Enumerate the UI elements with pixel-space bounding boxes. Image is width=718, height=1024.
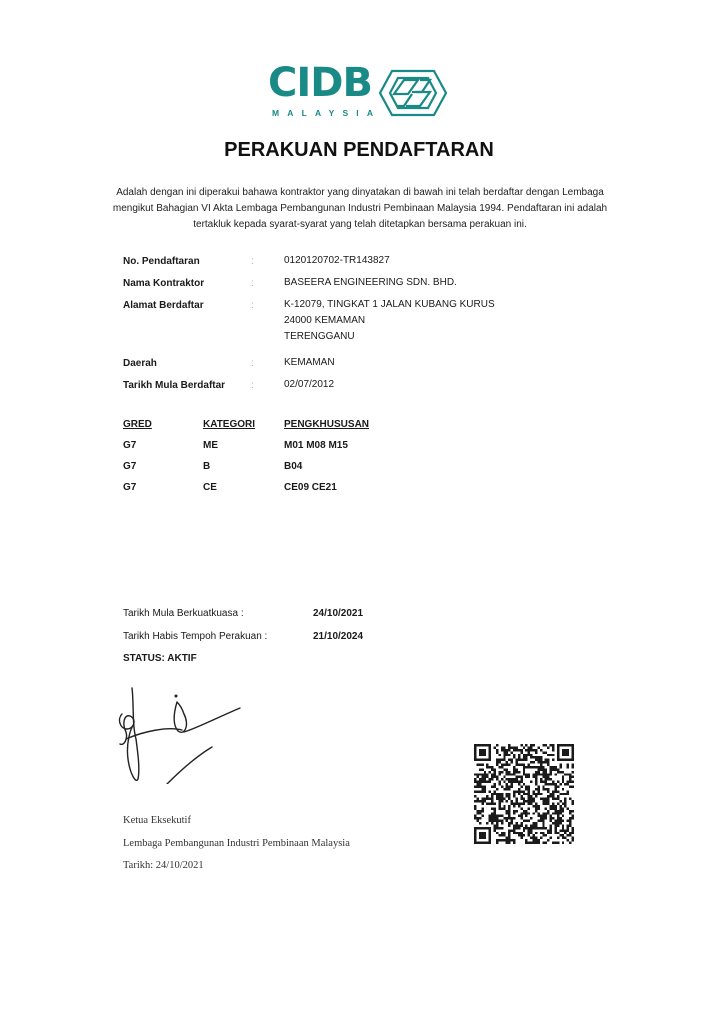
field-label: Alamat Berdaftar bbox=[123, 300, 253, 311]
field-separator: : bbox=[251, 278, 254, 289]
signature-icon bbox=[112, 684, 252, 784]
field-value: 0120120702-TR143827 bbox=[284, 253, 390, 269]
cell-kategori: ME bbox=[203, 440, 218, 451]
field-label: Daerah bbox=[123, 358, 253, 369]
cell-pengkhususan: CE09 CE21 bbox=[284, 482, 337, 493]
cidb-logo: CIDB MALAYSIA bbox=[268, 66, 448, 122]
cell-pengkhususan: B04 bbox=[284, 461, 302, 472]
cell-pengkhususan: M01 M08 M15 bbox=[284, 440, 348, 451]
field-value: KEMAMAN bbox=[284, 355, 335, 371]
field-separator: : bbox=[251, 358, 254, 369]
address-line: TERENGGANU bbox=[284, 329, 495, 345]
field-separator: : bbox=[251, 380, 254, 391]
cell-gred: G7 bbox=[123, 440, 136, 451]
cell-gred: G7 bbox=[123, 482, 136, 493]
address-line: K-12079, TINGKAT 1 JALAN KUBANG KURUS bbox=[284, 297, 495, 313]
field-label: Nama Kontraktor bbox=[123, 278, 253, 289]
logo-text: CIDB bbox=[268, 60, 372, 106]
date-value: 21/10/2024 bbox=[313, 631, 363, 642]
cell-gred: G7 bbox=[123, 461, 136, 472]
signatory-title: Ketua Eksekutif bbox=[123, 815, 191, 826]
qr-code-icon[interactable] bbox=[474, 744, 574, 844]
signatory-organization: Lembaga Pembangunan Industri Pembinaan M… bbox=[123, 838, 350, 849]
document-title: PERAKUAN PENDAFTARAN bbox=[0, 139, 718, 162]
field-value: K-12079, TINGKAT 1 JALAN KUBANG KURUS 24… bbox=[284, 297, 495, 345]
field-label: Tarikh Mula Berdaftar bbox=[123, 380, 253, 391]
date-label: Tarikh Habis Tempoh Perakuan : bbox=[123, 631, 267, 642]
status-badge: STATUS: AKTIF bbox=[123, 653, 197, 664]
date-value: 24/10/2021 bbox=[313, 608, 363, 619]
field-value: 02/07/2012 bbox=[284, 377, 334, 393]
cell-kategori: B bbox=[203, 461, 210, 472]
intro-paragraph: Adalah dengan ini diperakui bahawa kontr… bbox=[110, 185, 610, 233]
cidb-emblem-icon bbox=[378, 68, 448, 118]
field-separator: : bbox=[251, 300, 254, 311]
field-separator: : bbox=[251, 256, 254, 267]
logo-subtext: MALAYSIA bbox=[272, 108, 381, 118]
address-line: 24000 KEMAMAN bbox=[284, 313, 495, 329]
cell-kategori: CE bbox=[203, 482, 217, 493]
field-label: No. Pendaftaran bbox=[123, 256, 253, 267]
header-gred: GRED bbox=[123, 419, 152, 430]
signatory-date: Tarikh: 24/10/2021 bbox=[123, 860, 204, 871]
field-value: BASEERA ENGINEERING SDN. BHD. bbox=[284, 275, 457, 291]
date-label: Tarikh Mula Berkuatkuasa : bbox=[123, 608, 244, 619]
header-pengkhususan: PENGKHUSUSAN bbox=[284, 419, 369, 430]
header-kategori: KATEGORI bbox=[203, 419, 255, 430]
